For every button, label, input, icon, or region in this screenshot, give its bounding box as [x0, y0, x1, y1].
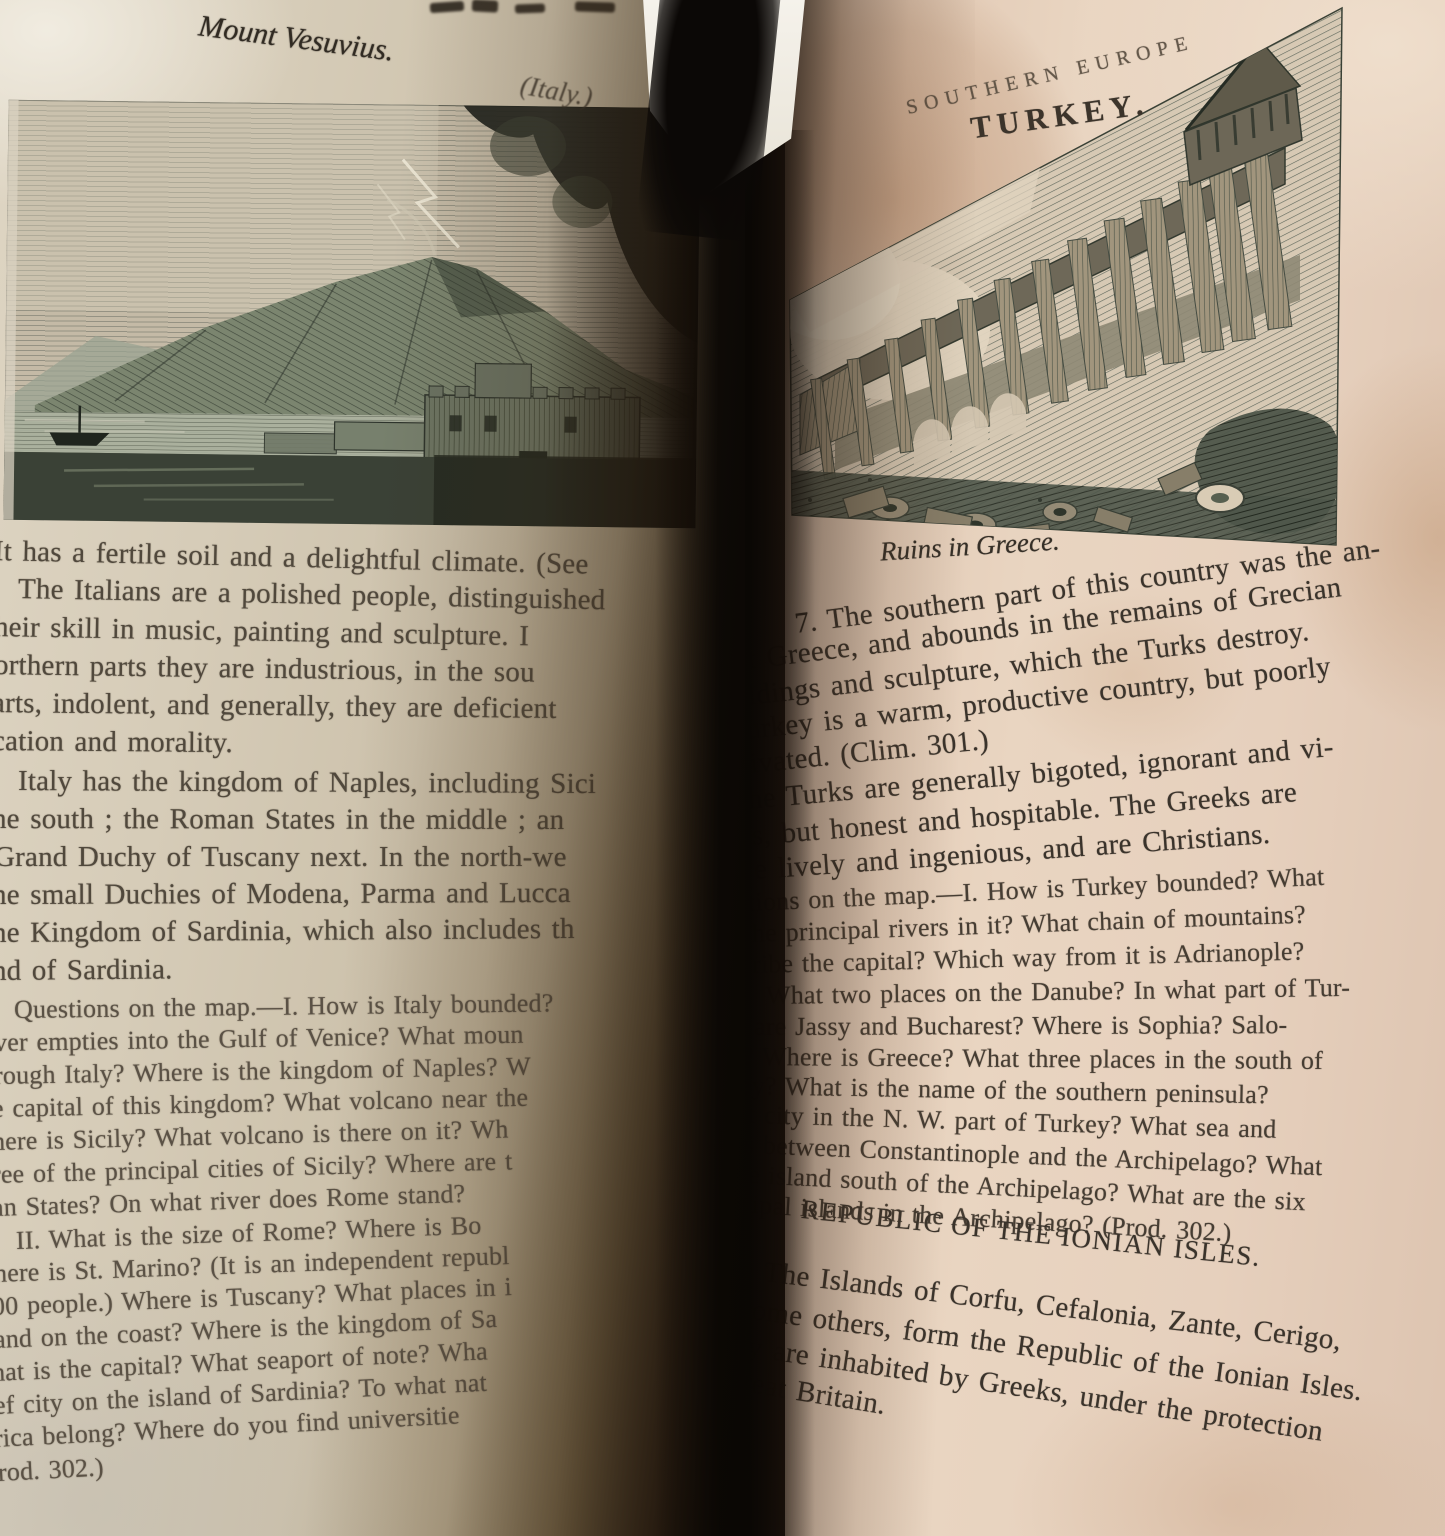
left-text-line: Italy has the kingdom of Naples, includi… [18, 765, 596, 801]
cut-header-smudge [472, 0, 499, 13]
book-gutter-shadow [655, 130, 815, 1536]
left-text-line: arts, indolent, and generally, they are … [0, 687, 557, 726]
left-text-line: cation and morality. [0, 725, 233, 760]
cut-header-smudge [515, 3, 545, 13]
left-text-line: Grand Duchy of Tuscany next. In the nort… [0, 841, 567, 874]
left-text-line: he small Duchies of Modena, Parma and Lu… [0, 877, 571, 912]
open-book-photo: Mount Vesuvius. (Italy.) It has a fertil… [0, 0, 1445, 1536]
greek-ruins-engraving [740, 0, 1430, 600]
left-text-line: he south ; the Roman States in the middl… [0, 803, 564, 837]
left-text-line: he Kingdom of Sardinia, which also inclu… [0, 913, 575, 950]
left-text-line: nd of Sardinia. [0, 953, 173, 988]
left-text-line: rod. 302.) [0, 1452, 104, 1487]
right-text-line: are Jassy and Bucharest? Where is Sophia… [754, 1010, 1287, 1042]
vesuvius-engraving [3, 100, 700, 528]
greek-ruins-engraving-svg [740, 0, 1430, 600]
vesuvius-engraving-svg [3, 100, 700, 528]
right-text-line: ? Where is Greece? What three places in … [742, 1042, 1323, 1076]
cut-header-smudge [575, 1, 615, 12]
